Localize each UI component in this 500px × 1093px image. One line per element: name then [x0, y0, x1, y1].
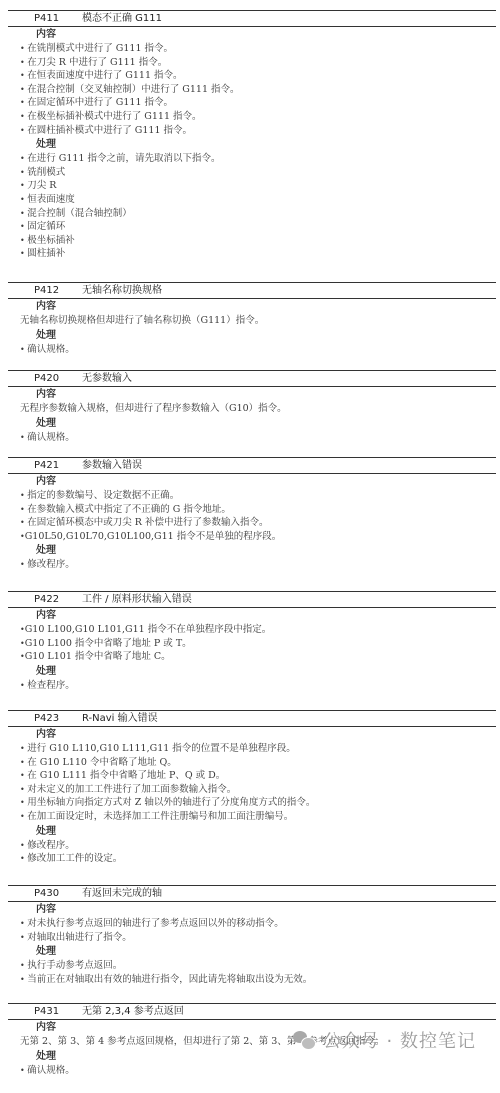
content-item: 在参数输入模式中指定了不正确的 G 指令地址。 [20, 503, 500, 517]
content-item: G10L50,G10L70,G10L100,G11 指令不是单独的程序段。 [20, 530, 500, 544]
content-item: 在刀尖 R 中进行了 G111 指令。 [20, 56, 500, 70]
alarm-section-p411: P411模态不正确 G111内容在铣削模式中进行了 G111 指令。在刀尖 R … [0, 10, 500, 261]
alarm-section-p422: P422工件 / 原料形状输入错误内容G10 L100,G10 L101,G11… [0, 591, 500, 692]
content-item: 在极坐标插补模式中进行了 G111 指令。 [20, 110, 500, 124]
content-item: 指定的参数编号、设定数据不正确。 [20, 489, 500, 503]
content-item: 对未定义的加工工件进行了加工面参数输入指令。 [20, 783, 500, 797]
handling-item: 确认规格。 [20, 343, 500, 357]
handling-item: 在进行 G111 指令之前，请先取消以下指令。 [20, 152, 500, 166]
handling-item: 确认规格。 [20, 1064, 500, 1078]
content-heading: 内容 [36, 299, 500, 314]
alarm-header: P420无参数输入 [8, 370, 496, 387]
handling-item: 修改程序。 [20, 839, 500, 853]
alarm-code: P420 [34, 371, 59, 386]
content-heading: 内容 [36, 27, 500, 42]
content-item: 在 G10 L110 令中省略了地址 Q。 [20, 756, 500, 770]
alarm-title: 有返回未完成的轴 [82, 886, 162, 901]
handling-item: 混合控制（混合轴控制） [20, 207, 500, 221]
alarm-code: P431 [34, 1004, 59, 1019]
alarm-section-p420: P420无参数输入内容无程序参数输入规格，但却进行了程序参数输入（G10）指令。… [0, 370, 500, 444]
content-text: 无程序参数输入规格，但却进行了程序参数输入（G10）指令。 [20, 402, 500, 416]
content-item: G10 L101 指令中省略了地址 C。 [20, 650, 500, 664]
alarm-title: 参数输入错误 [82, 458, 142, 473]
handling-heading: 处理 [36, 944, 500, 959]
handling-item: 当前正在对轴取出有效的轴进行指令，因此请先将轴取出设为无效。 [20, 973, 500, 987]
alarm-title: 模态不正确 G111 [82, 11, 162, 26]
watermark: 公众号 · 数控笔记 [293, 1027, 476, 1053]
content-heading: 内容 [36, 474, 500, 489]
handling-item: 固定循环 [20, 220, 500, 234]
handling-heading: 处理 [36, 664, 500, 679]
alarm-section-p412: P412无轴名称切换规格内容无轴名称切换规格但却进行了轴名称切换（G111）指令… [0, 282, 500, 356]
alarm-code: P411 [34, 11, 59, 26]
alarm-title: R-Navi 输入错误 [82, 711, 158, 726]
handling-item: 检查程序。 [20, 679, 500, 693]
alarm-header: P431无第 2,3,4 参考点返回 [8, 1003, 496, 1020]
content-heading: 内容 [36, 902, 500, 917]
alarm-section-p421: P421参数输入错误内容指定的参数编号、设定数据不正确。在参数输入模式中指定了不… [0, 457, 500, 572]
alarm-header: P422工件 / 原料形状输入错误 [8, 591, 496, 608]
handling-heading: 处理 [36, 328, 500, 343]
alarm-code: P423 [34, 711, 59, 726]
alarm-code: P430 [34, 886, 59, 901]
content-item: G10 L100 指令中省略了地址 P 或 T。 [20, 637, 500, 651]
alarm-title: 无第 2,3,4 参考点返回 [82, 1004, 184, 1019]
alarm-code: P422 [34, 592, 59, 607]
content-heading: 内容 [36, 387, 500, 402]
alarm-section-p430: P430有返回未完成的轴内容对未执行参考点返回的轴进行了参考点返回以外的移动指令… [0, 885, 500, 986]
content-item: G10 L100,G10 L101,G11 指令不在单独程序段中指定。 [20, 623, 500, 637]
content-item: 用坐标轴方向指定方式对 Z 轴以外的轴进行了分度角度方式的指令。 [20, 796, 500, 810]
content-heading: 内容 [36, 608, 500, 623]
handling-item: 确认规格。 [20, 431, 500, 445]
alarm-title: 无参数输入 [82, 371, 132, 386]
alarm-header: P423R-Navi 输入错误 [8, 710, 496, 727]
handling-item: 铣削模式 [20, 166, 500, 180]
handling-item: 刀尖 R [20, 179, 500, 193]
handling-item: 执行手动参考点返回。 [20, 959, 500, 973]
content-heading: 内容 [36, 727, 500, 742]
handling-item: 极坐标插补 [20, 234, 500, 248]
content-item: 在固定循环中进行了 G111 指令。 [20, 96, 500, 110]
content-item: 在混合控制（交叉轴控制）中进行了 G111 指令。 [20, 83, 500, 97]
alarm-section-p423: P423R-Navi 输入错误内容进行 G10 L110,G10 L111,G1… [0, 710, 500, 866]
content-item: 对未执行参考点返回的轴进行了参考点返回以外的移动指令。 [20, 917, 500, 931]
alarm-code: P412 [34, 283, 59, 298]
handling-heading: 处理 [36, 543, 500, 558]
alarm-header: P430有返回未完成的轴 [8, 885, 496, 902]
content-item: 在恒表面速度中进行了 G111 指令。 [20, 69, 500, 83]
alarm-title: 工件 / 原料形状输入错误 [82, 592, 192, 607]
handling-heading: 处理 [36, 416, 500, 431]
content-item: 在圆柱插补模式中进行了 G111 指令。 [20, 124, 500, 138]
handling-item: 恒表面速度 [20, 193, 500, 207]
content-item: 在加工面设定时，未选择加工工件注册编号和加工面注册编号。 [20, 810, 500, 824]
alarm-header: P411模态不正确 G111 [8, 10, 496, 27]
content-item: 在 G10 L111 指令中省略了地址 P、Q 或 D。 [20, 769, 500, 783]
handling-heading: 处理 [36, 824, 500, 839]
handling-item: 修改加工工件的设定。 [20, 852, 500, 866]
alarm-header: P421参数输入错误 [8, 457, 496, 474]
content-item: 对轴取出轴进行了指令。 [20, 931, 500, 945]
alarm-header: P412无轴名称切换规格 [8, 282, 496, 299]
content-item: 在铣削模式中进行了 G111 指令。 [20, 42, 500, 56]
alarm-code: P421 [34, 458, 59, 473]
handling-item: 修改程序。 [20, 558, 500, 572]
wechat-icon [293, 1031, 315, 1049]
content-item: 在固定循环模态中或刀尖 R 补偿中进行了参数输入指令。 [20, 516, 500, 530]
handling-heading: 处理 [36, 137, 500, 152]
content-text: 无轴名称切换规格但却进行了轴名称切换（G111）指令。 [20, 314, 500, 328]
watermark-text: 公众号 · 数控笔记 [323, 1027, 476, 1053]
alarm-title: 无轴名称切换规格 [82, 283, 162, 298]
content-item: 进行 G10 L110,G10 L111,G11 指令的位置不是单独程序段。 [20, 742, 500, 756]
handling-item: 圆柱插补 [20, 247, 500, 261]
